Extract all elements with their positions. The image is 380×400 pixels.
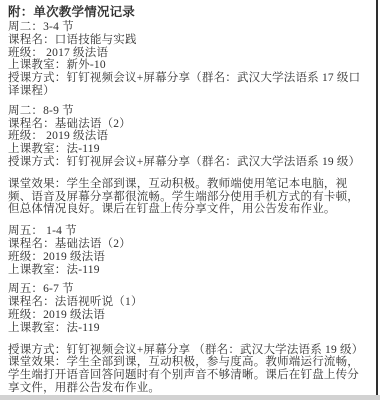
session-class: 班级： 2017 级法语 xyxy=(8,47,364,60)
session-schedule: 周五：6-7 节 xyxy=(8,283,364,296)
session-teaching-method: 授课方式：钉钉视频会议+屏幕分享 （群名：武汉大学法语系 19 级） xyxy=(8,344,364,357)
class-effect-text: 课堂效果：学生全部到课，互动积极。教师端使用笔记本电脑，视频、语音及屏幕分享都很… xyxy=(8,178,364,216)
document-content: 附：单次教学情况记录 周二：3-4 节 课程名：口语技能与实践 班级： 2017… xyxy=(8,5,364,400)
session-course-name: 课程名：法语视听说（1） xyxy=(8,296,364,309)
final-method-effect-block: 授课方式：钉钉视频会议+屏幕分享 （群名：武汉大学法语系 19 级） 课堂效果：… xyxy=(8,344,364,395)
session-teaching-method: 授课方式：钉钉视频会议+屏幕分享（群名：武汉大学法语系 17 级口译课程） xyxy=(8,72,364,98)
session-course-name: 课程名：基础法语（2） xyxy=(8,118,364,131)
session-block-tuesday-3-4: 周二：3-4 节 课程名：口语技能与实践 班级： 2017 级法语 上课教室：新… xyxy=(8,21,364,98)
session-block-friday-1-4: 周五： 1-4 节 课程名：基础法语（2） 班级：2019 级法语 上课教室：法… xyxy=(8,225,364,276)
session-teaching-method: 授课方式：钉钉视屏会议+屏幕分享（群名：武汉大学法语系 19 级） xyxy=(8,156,364,169)
session-schedule: 周五： 1-4 节 xyxy=(8,225,364,238)
session-class: 班级：2019 级法语 xyxy=(8,251,364,264)
class-effect-paragraph-1: 课堂效果：学生全部到课，互动积极。教师端使用笔记本电脑，视频、语音及屏幕分享都很… xyxy=(8,178,364,216)
session-classroom: 上课教室：法-119 xyxy=(8,264,364,277)
session-block-tuesday-8-9: 周二：8-9 节 课程名：基础法语（2） 班级： 2019 级法语 上课教室：法… xyxy=(8,105,364,169)
page-title: 附：单次教学情况记录 xyxy=(8,5,364,20)
session-class: 班级：2019 级法语 xyxy=(8,309,364,322)
session-classroom: 上课教室：新外-10 xyxy=(8,59,364,72)
session-schedule: 周二：8-9 节 xyxy=(8,105,364,118)
page-right-edge-line xyxy=(376,0,378,400)
session-class: 班级： 2019 级法语 xyxy=(8,130,364,143)
session-schedule: 周二：3-4 节 xyxy=(8,21,364,34)
session-block-friday-6-7: 周五：6-7 节 课程名：法语视听说（1） 班级：2019 级法语 上课教室：法… xyxy=(8,283,364,334)
session-course-name: 课程名：口语技能与实践 xyxy=(8,34,364,47)
class-effect-text: 课堂效果：学生全部到课，互动积极，参与度高。教师端运行流畅，学生端打开语音回答问… xyxy=(8,356,364,394)
session-classroom: 上课教室：法-119 xyxy=(8,143,364,156)
session-classroom: 上课教室：法-119 xyxy=(8,322,364,335)
page-bottom-shadow xyxy=(0,395,380,400)
session-course-name: 课程名：基础法语（2） xyxy=(8,238,364,251)
document-page: 附：单次教学情况记录 周二：3-4 节 课程名：口语技能与实践 班级： 2017… xyxy=(0,0,380,400)
